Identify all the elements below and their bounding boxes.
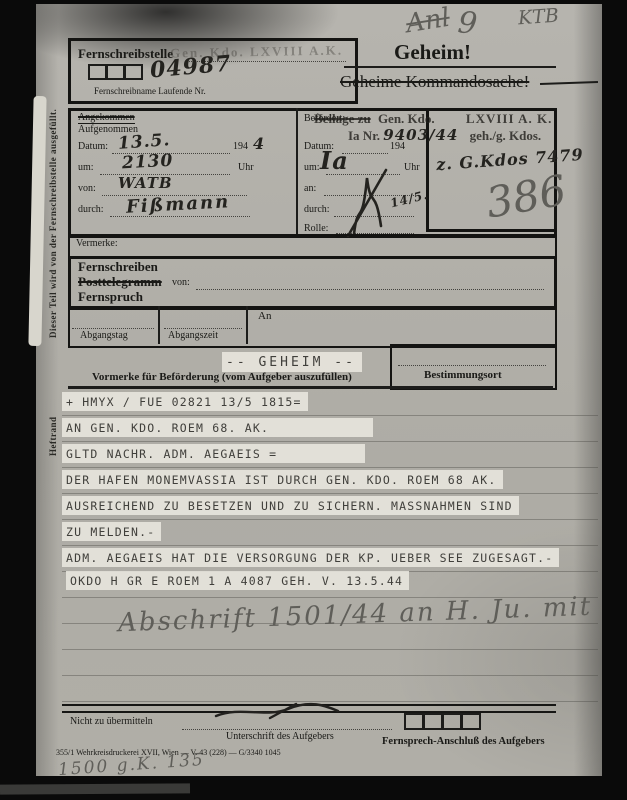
dotted-line bbox=[164, 327, 242, 329]
msgtype-von-label: von: bbox=[172, 277, 190, 288]
stamp-corps: LXVIII A. K. bbox=[466, 111, 552, 126]
pencil-nine-mark: 9 bbox=[456, 5, 479, 42]
vermerke-label: Vermerke: bbox=[76, 238, 118, 249]
phone-number-cells bbox=[404, 713, 481, 730]
recv-datum-label: Datum: bbox=[78, 141, 108, 152]
fw-um-label: um: bbox=[304, 162, 320, 173]
serial-cell bbox=[107, 64, 125, 80]
message-line: GLTD NACHR. ADM. AEGAEIS = bbox=[62, 444, 365, 463]
fernschreiben-label: Fernschreiben bbox=[78, 259, 158, 275]
recv-uhr-label: Uhr bbox=[238, 162, 254, 173]
phone-cell bbox=[462, 713, 481, 730]
stamp-ia-nr: Ia Nr. bbox=[348, 128, 380, 143]
stamp-geh-suffix: geh./g. Kdos. bbox=[470, 128, 542, 143]
phone-cell bbox=[443, 713, 462, 730]
dotted-line bbox=[72, 327, 154, 329]
posttelegramm-label: Posttelegramm bbox=[78, 274, 162, 290]
recv-year-print: 194 bbox=[233, 141, 248, 152]
vermerke-row bbox=[68, 234, 557, 258]
fw-durch-label: durch: bbox=[304, 204, 330, 215]
fw-an-label: an: bbox=[304, 183, 316, 194]
dotted-line bbox=[398, 364, 546, 366]
geheim-classification-strip: -- GEHEIM -- bbox=[222, 352, 362, 372]
geheim-underline bbox=[344, 66, 556, 68]
nicht-uebermitteln-label: Nicht zu übermitteln bbox=[70, 716, 153, 727]
message-line: DER HAFEN MONEMVASSIA IST DURCH GEN. KDO… bbox=[62, 470, 503, 489]
recv-um-label: um: bbox=[78, 162, 94, 173]
bestimmungsort-caption: Bestimmungsort bbox=[424, 369, 502, 381]
pencil-ktb-mark: KTB bbox=[517, 5, 559, 30]
stamp-genkdo: Gen. Kdo. bbox=[378, 111, 435, 126]
unterschrift-caption: Unterschrift des Aufgebers bbox=[226, 731, 334, 742]
serial-cell bbox=[125, 64, 143, 80]
unterschrift-line bbox=[182, 728, 392, 730]
abgangstag-caption: Abgangstag bbox=[80, 330, 128, 341]
recv-year-value: 4 bbox=[253, 134, 265, 153]
margin-heftrand: Heftrand bbox=[48, 386, 58, 456]
recv-von-label: von: bbox=[78, 183, 96, 194]
torn-edge-bottom bbox=[0, 783, 190, 794]
message-line: + HMYX / FUE 02821 13/5 1815= bbox=[62, 392, 308, 411]
margin-instruction: Dieser Teil wird von der Fernschreibstel… bbox=[48, 38, 58, 338]
stamp-number-handwritten: 9403/44 bbox=[383, 126, 458, 144]
vormerke-caption: Vormerke für Beförderung (vom Aufgeber a… bbox=[92, 371, 352, 383]
section-rule bbox=[68, 386, 553, 389]
bestimmungsort-box bbox=[390, 344, 557, 390]
angekommen-label: Angekommen bbox=[78, 112, 135, 124]
gkdos-struck-title: Geheime Kommandosache! bbox=[340, 72, 529, 92]
grid-divider-1 bbox=[296, 108, 298, 236]
phone-cell bbox=[424, 713, 443, 730]
serial-cell bbox=[88, 64, 107, 80]
recv-um-value: 2130 bbox=[122, 151, 174, 174]
message-line: AN GEN. KDO. ROEM 68. AK. bbox=[62, 418, 373, 437]
beilage-stamp-line1: Beilage zu Gen. Kdo. LXVIII A. K. bbox=[314, 111, 552, 127]
serial-caption: Fernschreibname Laufende Nr. bbox=[94, 86, 206, 96]
recv-von-value: WATB bbox=[118, 174, 173, 192]
dotted-line bbox=[196, 288, 544, 290]
abgangszeit-caption: Abgangszeit bbox=[168, 330, 218, 341]
message-line: AUSREICHEND ZU BESETZEN UND ZU SICHERN. … bbox=[62, 496, 519, 515]
message-line: OKDO H GR E ROEM 1 A 4087 GEH. V. 13.5.4… bbox=[66, 571, 409, 590]
beilage-stamp-line2: Ia Nr. 9403/44 geh./g. Kdos. bbox=[348, 126, 541, 144]
fw-rolle-label: Rolle: bbox=[304, 223, 328, 234]
fw-uhr-label: Uhr bbox=[404, 162, 420, 173]
fernsprech-caption: Fernsprech-Anschluß des Aufgebers bbox=[382, 736, 545, 747]
scanned-telegram-form: Dieser Teil wird von der Fernschreibstel… bbox=[0, 0, 627, 800]
message-line: ADM. AEGAEIS HAT DIE VERSORGUNG DER KP. … bbox=[62, 548, 559, 567]
fernspruch-label: Fernspruch bbox=[78, 289, 143, 305]
stamp-struck-part: Beilage zu bbox=[314, 111, 371, 126]
serial-cells bbox=[88, 64, 143, 80]
phone-cell bbox=[404, 713, 424, 730]
aufgeber-signature-squiggle bbox=[212, 700, 342, 722]
message-line: ZU MELDEN.- bbox=[62, 522, 161, 541]
recv-durch-label: durch: bbox=[78, 204, 104, 215]
an-caption: An bbox=[258, 310, 271, 322]
geheim-title: Geheim! bbox=[394, 40, 471, 65]
